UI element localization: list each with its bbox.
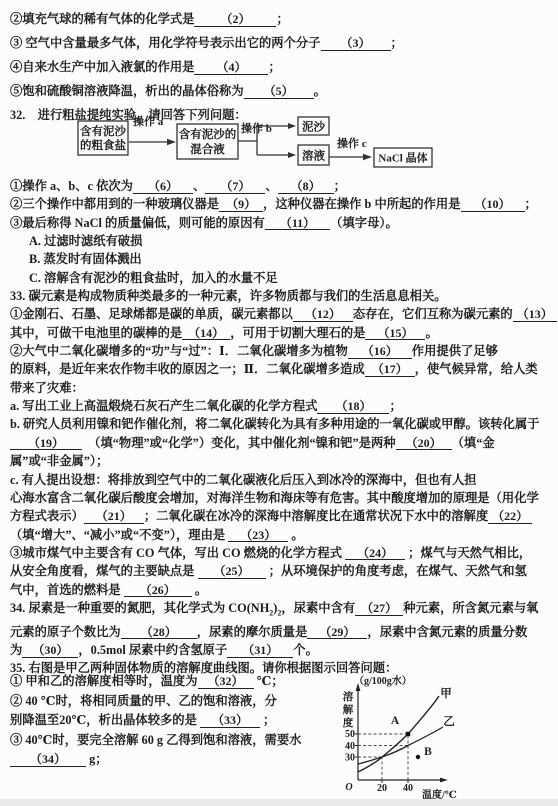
text-run: b. 研究人员利用镍和钯作催化剂，将二氧化碳转化为具有多种用途的一氧化碳或甲醇。…	[10, 417, 539, 431]
answer-blank: （13）	[513, 308, 557, 322]
box-solution-label: 溶液	[302, 149, 325, 163]
answer-blank: （19）	[10, 437, 82, 451]
text-line: ② 40 ℃时，将相同质量的甲、乙的饱和溶液，分	[10, 692, 346, 712]
text-run: ③最后称得 NaCl 的质量偏低，则可能的原因有	[10, 216, 265, 230]
question-34-line: 为（30），0.5mol 尿素中约含氢原子（31）个。	[10, 641, 558, 659]
text-run: 态存在，它们互称为碳元素的	[353, 307, 513, 321]
y-axis-title: 溶	[343, 690, 354, 703]
text-run: ；	[268, 60, 280, 74]
text-line: ②三个操作中都用到的一种玻璃仪器是（9），这种仪器在操作 b 中所起的作用是（1…	[10, 195, 558, 213]
answer-blank: （6）	[133, 180, 193, 194]
text-run: 的原料，是近年来农作物丰收的原因之一；Ⅱ．二氧化碳增多造成	[10, 362, 365, 376]
text-run: 33. 碳元素是构成物质种类最多的一种元素，许多物质都与我们的生活息息相关。	[10, 289, 447, 303]
answer-blank: （20）	[396, 437, 452, 451]
text-line: ⑤饱和硫酸铜溶液降温，析出的晶体俗称为（5）。	[10, 79, 403, 103]
answer-blank: （8）	[278, 180, 334, 194]
x-tick-label: 40	[403, 783, 413, 794]
text-run: ；	[525, 197, 537, 211]
text-run: （填字母）。	[330, 216, 398, 230]
option-b: B. 蒸发时有固体溅出	[10, 250, 558, 268]
text-run: 属”或“非金属”）；	[10, 454, 108, 468]
box-mixture-label: 含有泥沙的	[179, 127, 237, 141]
text-line: 别降温至20℃，析出晶体较多的是 （33） ；	[10, 711, 346, 731]
arrow-mud-head	[288, 123, 296, 129]
text-run: ；	[391, 36, 403, 50]
box-coarse-salt-label: 含有泥沙	[80, 124, 126, 138]
answer-blank: （22）	[488, 510, 532, 524]
text-run: ③城市煤气中主要含有 CO 气体，写出 CO 燃烧的化学方程式	[10, 546, 345, 560]
answer-blank: （12）	[293, 308, 353, 322]
series-yi-label: 乙	[443, 715, 455, 728]
x-axis-arrow	[440, 778, 448, 783]
text-line: 气中，首选的燃料是 （26） 。	[10, 581, 558, 599]
question-31-remainder: ②填充气球的稀有气体的化学式是（2）； ③ 空气中含量最多气体，用化学符号表示出…	[10, 7, 403, 127]
text-run: 个。	[293, 643, 318, 657]
operation-b-label: 操作 b	[240, 121, 272, 135]
text-run: 、	[265, 179, 277, 193]
answer-blank: （25）	[198, 565, 266, 579]
text-run: ，尿素中含氮元素的质量分数	[367, 625, 527, 639]
y-tick-label: 50	[345, 729, 355, 740]
arrow-solution-head	[288, 152, 296, 158]
answer-blank: （31）	[227, 644, 293, 658]
text-line: ① 甲和乙的溶解度相等时，温度为（32） ℃；	[10, 672, 346, 692]
y-tick-label: 30	[345, 753, 355, 764]
text-line: ②填充气球的稀有气体的化学式是（2）；	[10, 7, 403, 31]
text-line: 的原料，是近年来农作物丰收的原因之一；Ⅱ．二氧化碳增多造成（17），使气候异常，…	[10, 360, 558, 378]
chart-unit-label: （g/100g水）	[354, 674, 412, 687]
text-line: a. 写出工业上高温煅烧石灰石产生二氧化碳的化学方程式（18）；	[10, 397, 558, 415]
box-mud-label: 泥沙	[302, 120, 325, 134]
answer-blank: （30）	[22, 644, 78, 658]
text-run: ③ 40℃时，要完全溶解 60 g 乙得到饱和溶液，需要水	[10, 733, 301, 747]
text-run: 气中，首选的燃料是	[10, 583, 124, 597]
salt-purification-flowchart: 含有泥沙 的粗食盐 含有泥沙的 混合液 泥沙 溶液 NaCl 晶体 操作 a 操…	[0, 112, 558, 172]
text-run: 方程式表示）	[10, 509, 84, 523]
answer-blank: （32）	[198, 675, 254, 689]
box-mixture-label: 混合液	[190, 142, 225, 156]
text-run: 34. 尿素是一种重要的氮肥，其化学式为 CO(NH	[10, 601, 269, 615]
text-run: （填“物理”或“化学”）变化，其中催化剂“镍和钯”是两种	[82, 436, 396, 450]
point-A	[406, 732, 410, 736]
text-run: ②大气中二氧化碳增多的“功”与“过”：Ⅰ．二氧化碳增多为植物	[10, 344, 348, 358]
text-line: （19） （填“物理”或“化学”）变化，其中催化剂“镍和钯”是两种（20）（填“…	[10, 434, 558, 452]
text-run: 别降温至20℃，析出晶体较多的是	[10, 713, 200, 727]
text-run: ，可用于切割大理石的是	[230, 326, 365, 340]
text-run: ；	[389, 399, 401, 413]
text-run: a. 写出工业上高温煅烧石灰石产生二氧化碳的化学方程式	[10, 399, 317, 413]
text-run: 带来了灾难：	[10, 381, 84, 395]
text-run: ①操作 a、b、c 依次为	[10, 179, 133, 193]
answer-blank: （18）	[317, 400, 389, 414]
answer-blank: （34）	[10, 753, 86, 767]
arrow-c-head	[363, 154, 372, 160]
answer-blank: （9）	[219, 198, 263, 212]
text-run: B. 蒸发时有固体溅出	[29, 252, 142, 266]
answer-blank: （11）	[265, 217, 330, 231]
text-line: ①操作 a、b、c 依次为（6）、（7）、（8）；	[10, 177, 558, 195]
text-run: ；	[276, 12, 288, 26]
text-line: 从安全角度看，煤气的主要缺点是 （25） ；从环境保护的角度考虑，在煤气、天然气…	[10, 562, 558, 580]
text-line: ②大气中二氧化碳增多的“功”与“过”：Ⅰ．二氧化碳增多为植物（16）作用提供了足…	[10, 342, 558, 360]
question-35-items: ① 甲和乙的溶解度相等时，温度为（32） ℃； ② 40 ℃时，将相同质量的甲、…	[10, 672, 346, 770]
scan-edge-bar	[0, 799, 558, 806]
answer-blank: （5）	[244, 85, 314, 99]
point-B	[416, 755, 420, 759]
text-run: ；二氧化碳在冰冷的深海中溶解度比在通常状况下水中的溶解度	[144, 509, 488, 523]
text-line: ③城市煤气中主要含有 CO 气体，写出 CO 燃烧的化学方程式 （24） ；煤气…	[10, 544, 558, 562]
text-run: 。	[425, 326, 437, 340]
answer-blank: （27）	[355, 602, 403, 616]
text-line: 带来了灾难：	[10, 379, 558, 397]
answer-blank: （14）	[182, 327, 230, 341]
text-run: （填“增大”、“减小”或“不变”），理由是	[10, 528, 228, 542]
answer-blank: （2）	[194, 13, 276, 27]
text-run: ；	[260, 713, 275, 727]
answer-blank: （17）	[365, 363, 415, 377]
text-run: ① 甲和乙的溶解度相等时，温度为	[10, 674, 198, 688]
text-run: ；煤气与天然气相比，	[405, 546, 531, 560]
text-line: 心海水富含二氧化碳后酸度会增加，对海洋生物和海床等有危害。其中酸度增加的原理是（…	[10, 489, 558, 507]
text-line: c. 有人提出设想：将排放到空气中的二氧化碳液化后压入到冰冷的深海中，但也有人担	[10, 471, 558, 489]
answer-blank: （28）	[121, 626, 197, 640]
text-run: ⑤饱和硫酸铜溶液降温，析出的晶体俗称为	[10, 84, 244, 98]
text-run: ②填充气球的稀有气体的化学式是	[10, 12, 194, 26]
text-run: ③ 空气中含量最多气体，用化学符号表示出它的两个分子	[10, 36, 321, 50]
answer-blank: （26）	[124, 584, 192, 598]
text-run: 、	[193, 179, 205, 193]
x-tick-label: 20	[377, 783, 387, 794]
text-run: ② 40 ℃时，将相同质量的甲、乙的饱和溶液，分	[10, 694, 277, 708]
text-run: 从安全角度看，煤气的主要缺点是	[10, 564, 198, 578]
text-line: ③ 空气中含量最多气体，用化学符号表示出它的两个分子（3）；	[10, 31, 403, 55]
text-run: ，使气候异常，给人类	[415, 362, 538, 376]
text-line: 属”或“非金属”）；	[10, 452, 558, 470]
point-B-label: B	[424, 746, 432, 758]
answer-blank: （15）	[365, 327, 425, 341]
question-34-line: 34. 尿素是一种重要的氮肥，其化学式为 CO(NH2)2，尿素中含有（27）种…	[10, 599, 558, 623]
text-run: 作用提供了足够	[412, 344, 498, 358]
origin-label: O	[345, 782, 352, 793]
box-coarse-salt-label: 的粗食盐	[80, 138, 126, 152]
text-run: 种元素，所含氮元素与氧	[403, 601, 538, 615]
answer-blank: （29）	[307, 626, 367, 640]
text-run: ①金刚石、石墨、足球烯都是碳的单质，碳元素都以	[10, 307, 293, 321]
exam-page: { "page": { "background": "#fcfcfc", "te…	[0, 0, 558, 806]
question-33-intro: 33. 碳元素是构成物质种类最多的一种元素，许多物质都与我们的生活息息相关。	[10, 287, 558, 305]
box-nacl-label: NaCl 晶体	[378, 151, 427, 165]
option-c: C. 溶解含有泥沙的粗食盐时，加入的水量不足	[10, 269, 558, 287]
text-run: ℃；	[254, 674, 284, 688]
text-line: （填“增大”、“减小”或“不变”），理由是 （23） 。	[10, 526, 558, 544]
text-run: A. 过滤时滤纸有破损	[29, 234, 142, 248]
text-run: ；	[334, 179, 346, 193]
question-34-line: 元素的原子个数比为（28），尿素的摩尔质量是（29），尿素中含氮元素的质量分数	[10, 623, 558, 641]
text-run: （填“金	[452, 436, 495, 450]
text-line: b. 研究人员利用镍和钯作催化剂，将二氧化碳转化为具有多种用途的一氧化碳或甲醇。…	[10, 415, 558, 433]
answer-blank: （4）	[194, 61, 268, 75]
text-run: 为	[10, 643, 22, 657]
text-line: 方程式表示）（21）；二氧化碳在冰冷的深海中溶解度比在通常状况下水中的溶解度（2…	[10, 507, 558, 525]
text-run: c. 有人提出设想：将排放到空气中的二氧化碳液化后压入到冰冷的深海中，但也有人担	[10, 473, 477, 487]
text-run: 心海水富含二氧化碳后酸度会增加，对海洋生物和海床等有危害。其中酸度增加的原理是（…	[10, 491, 539, 505]
arrow-a-head	[167, 139, 176, 145]
answer-blank: （7）	[205, 180, 265, 194]
text-line: （34） g；	[10, 750, 346, 770]
text-run: ；从环境保护的角度考虑，在煤气、天然气和氢	[266, 564, 527, 578]
text-run: g；	[86, 752, 108, 766]
answer-blank: （21）	[84, 510, 144, 524]
answer-blank: （10）	[461, 198, 525, 212]
text-run: C. 溶解含有泥沙的粗食盐时，加入的水量不足	[29, 271, 278, 285]
series-jia-label: 甲	[440, 687, 452, 700]
text-line: 其中，可做干电池里的碳棒的是（14），可用于切割大理石的是（15）。	[10, 324, 558, 342]
text-run: ②三个操作中都用到的一种玻璃仪器是	[10, 197, 219, 211]
text-run: 。	[314, 84, 326, 98]
answer-blank: （3）	[321, 37, 391, 51]
y-axis-title: 解	[343, 703, 354, 716]
operation-a-label: 操作 a	[132, 114, 164, 128]
text-run: 其中，可做干电池里的碳棒的是	[10, 326, 182, 340]
text-run: ④自来水生产中加入液氯的作用是	[10, 60, 194, 74]
text-line: ①金刚石、石墨、足球烯都是碳的单质，碳元素都以（12）态存在，它们互称为碳元素的…	[10, 305, 558, 323]
solubility-curve-chart: （g/100g水） 溶 解 度 50 40 30 20 40 O 温度/℃ 甲 …	[338, 664, 550, 804]
answer-blank: （23）	[228, 529, 288, 543]
option-a: A. 过滤时滤纸有破损	[10, 232, 558, 250]
answer-blank: （16）	[348, 345, 412, 359]
text-run: 。	[288, 528, 303, 542]
answer-blank: （24）	[345, 547, 405, 561]
point-A-label: A	[391, 715, 400, 727]
text-run: ，这种仪器在操作 b 中所起的作用是	[263, 197, 460, 211]
y-axis-title: 度	[343, 716, 354, 729]
text-run: 。	[192, 583, 207, 597]
operation-c-label: 操作 c	[336, 136, 367, 150]
text-run: 元素的原子个数比为	[10, 625, 121, 639]
text-line: ④自来水生产中加入液氯的作用是（4）；	[10, 55, 403, 79]
y-tick-label: 40	[345, 741, 355, 752]
answer-blank: （33）	[200, 714, 260, 728]
text-run: ，尿素的摩尔质量是	[197, 625, 308, 639]
text-line: ③最后称得 NaCl 的质量偏低，则可能的原因有（11）（填字母）。	[10, 214, 558, 232]
text-run: ，尿素中含有	[281, 601, 355, 615]
questions-32-to-35: ①操作 a、b、c 依次为（6）、（7）、（8）； ②三个操作中都用到的一种玻璃…	[10, 177, 558, 678]
text-run: ，0.5mol 尿素中约含氢原子	[78, 643, 227, 657]
text-line: ③ 40℃时，要完全溶解 60 g 乙得到饱和溶液，需要水	[10, 731, 346, 751]
